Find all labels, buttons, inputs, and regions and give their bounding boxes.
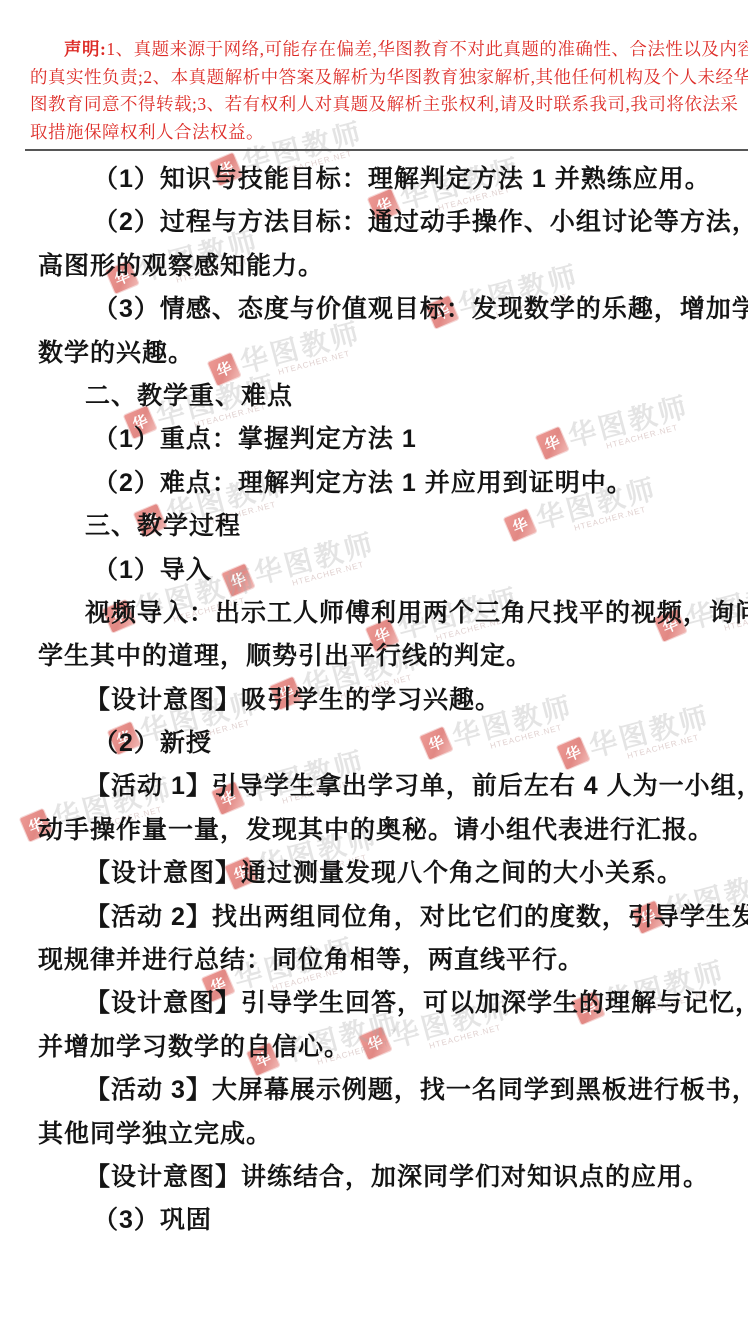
body-line: 【活动 2】找出两组同位角，对比它们的度数，引导学生发 [38, 896, 738, 939]
disclaimer-line: 声明:1、真题来源于网络,可能存在偏差,华图教育不对此真题的准确性、合法性以及内… [30, 36, 722, 64]
body-line: 三、教学过程 [38, 505, 738, 548]
body-line: （3）情感、态度与价值观目标：发现数学的乐趣，增加学习 [38, 288, 738, 331]
body-line: 学生其中的道理，顺势引出平行线的判定。 [38, 635, 738, 678]
body-line: 【活动 3】大屏幕展示例题，找一名同学到黑板进行板书， [38, 1069, 738, 1112]
body-line: 现规律并进行总结：同位角相等，两直线平行。 [38, 939, 738, 982]
body-line: （3）巩固 [38, 1199, 738, 1242]
lesson-plan-body: （1）知识与技能目标：理解判定方法 1 并熟练应用。（2）过程与方法目标：通过动… [38, 158, 738, 1243]
disclaimer-prefix: 声明: [64, 39, 106, 59]
body-line: 其他同学独立完成。 [38, 1113, 738, 1156]
body-line: 【设计意图】讲练结合，加深同学们对知识点的应用。 [38, 1156, 738, 1199]
body-line: 高图形的观察感知能力。 [38, 245, 738, 288]
body-line: 数学的兴趣。 [38, 332, 738, 375]
body-line: （2）难点：理解判定方法 1 并应用到证明中。 [38, 462, 738, 505]
body-line: 动手操作量一量，发现其中的奥秘。请小组代表进行汇报。 [38, 809, 738, 852]
body-line: （2）新授 [38, 722, 738, 765]
body-line: 【设计意图】通过测量发现八个角之间的大小关系。 [38, 852, 738, 895]
body-line: 【活动 1】引导学生拿出学习单，前后左右 4 人为一小组， [38, 765, 738, 808]
disclaimer-line: 图教育同意不得转载;3、若有权利人对真题及解析主张权利,请及时联系我司,我司将依… [30, 91, 722, 119]
body-line: 【设计意图】引导学生回答，可以加深学生的理解与记忆， [38, 982, 738, 1025]
document-page: 华华图教师HTEACHER.NET华华图教师HTEACHER.NET华华图教师H… [0, 0, 748, 1335]
body-line: 视频导入：出示工人师傅利用两个三角尺找平的视频，询问 [38, 592, 738, 635]
body-line: （1）导入 [38, 549, 738, 592]
disclaimer-line: 的真实性负责;2、本真题解析中答案及解析为华图教育独家解析,其他任何机构及个人未… [30, 64, 722, 92]
disclaimer-notice: 声明:1、真题来源于网络,可能存在偏差,华图教育不对此真题的准确性、合法性以及内… [30, 36, 722, 146]
body-line: （2）过程与方法目标：通过动手操作、小组讨论等方法，提 [38, 201, 738, 244]
disclaimer-line: 取措施保障权利人合法权益。 [30, 119, 722, 147]
document-content: 声明:1、真题来源于网络,可能存在偏差,华图教育不对此真题的准确性、合法性以及内… [0, 0, 748, 1335]
body-line: 【设计意图】吸引学生的学习兴趣。 [38, 679, 738, 722]
body-line: 二、教学重、难点 [38, 375, 738, 418]
body-line: 并增加学习数学的自信心。 [38, 1026, 738, 1069]
divider-rule [25, 149, 748, 151]
body-line: （1）重点：掌握判定方法 1 [38, 418, 738, 461]
body-line: （1）知识与技能目标：理解判定方法 1 并熟练应用。 [38, 158, 738, 201]
